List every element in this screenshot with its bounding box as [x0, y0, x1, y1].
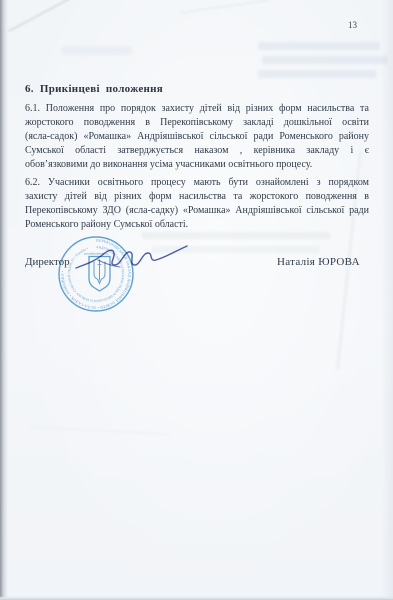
paper-crease	[180, 0, 269, 13]
bleed-through-artifact	[262, 56, 388, 64]
scan-edge-right	[381, 0, 393, 600]
paragraph-6-1: 6.1. Положення про порядок захисту дітей…	[25, 102, 369, 172]
scan-edge-left	[0, 0, 8, 600]
page-number: 13	[348, 20, 357, 30]
handwritten-signature	[68, 236, 193, 278]
text-line: захисту дітей від різних форм насильства…	[25, 190, 369, 204]
text-line: Роменського району Сумської області.	[25, 218, 369, 232]
text-line: 6.2. Учасники освітнього процесу мають б…	[25, 176, 369, 190]
text-line: 6.1. Положення про порядок захисту дітей…	[25, 102, 369, 116]
text-line: Перекопівському ЗДО (ясла-садку) «Ромашк…	[25, 204, 369, 218]
scan-edge-bottom	[0, 596, 393, 600]
paragraph-6-2: 6.2. Учасники освітнього процесу мають б…	[25, 176, 369, 232]
signer-name: Наталія ЮРОВА	[277, 256, 360, 268]
text-line: жорстокого поводження в Перекопівському …	[25, 116, 369, 130]
text-line: обов’язковими до виконання усіма учасник…	[25, 158, 369, 172]
bleed-through-artifact	[258, 42, 380, 50]
text-line: Сумської області затверджується наказом …	[25, 144, 369, 158]
paper-crease	[8, 0, 71, 32]
bleed-through-artifact	[62, 46, 132, 55]
bleed-through-artifact	[258, 70, 376, 78]
paper-crease	[30, 426, 170, 434]
scanned-document-page: 13 6. Прикінцеві положення 6.1. Положенн…	[0, 0, 393, 600]
section-heading: 6. Прикінцеві положення	[25, 83, 369, 95]
text-line: (ясла-садок) «Ромашка» Андріяшівської сі…	[25, 130, 369, 144]
